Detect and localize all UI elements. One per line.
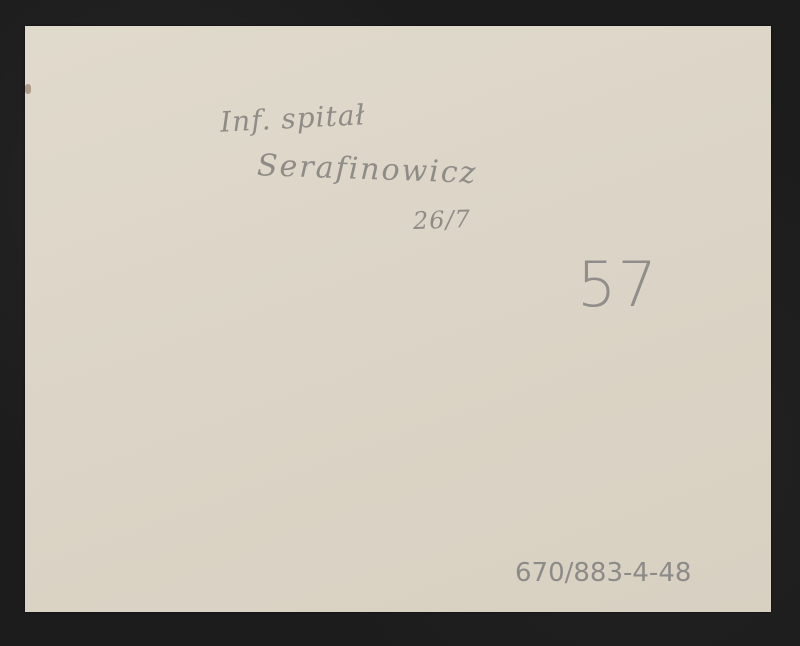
paper-stain (25, 84, 31, 94)
handwritten-line-2: Serafinowicz (256, 148, 478, 191)
photo-card-back: Inf. spitał Serafinowicz 26/7 57 670/883… (25, 26, 771, 612)
archive-reference: 670/883-4-48 (515, 558, 691, 588)
handwritten-date: 26/7 (413, 205, 472, 235)
handwritten-line-1: Inf. spitał (219, 98, 366, 139)
handwritten-number: 57 (577, 248, 658, 321)
